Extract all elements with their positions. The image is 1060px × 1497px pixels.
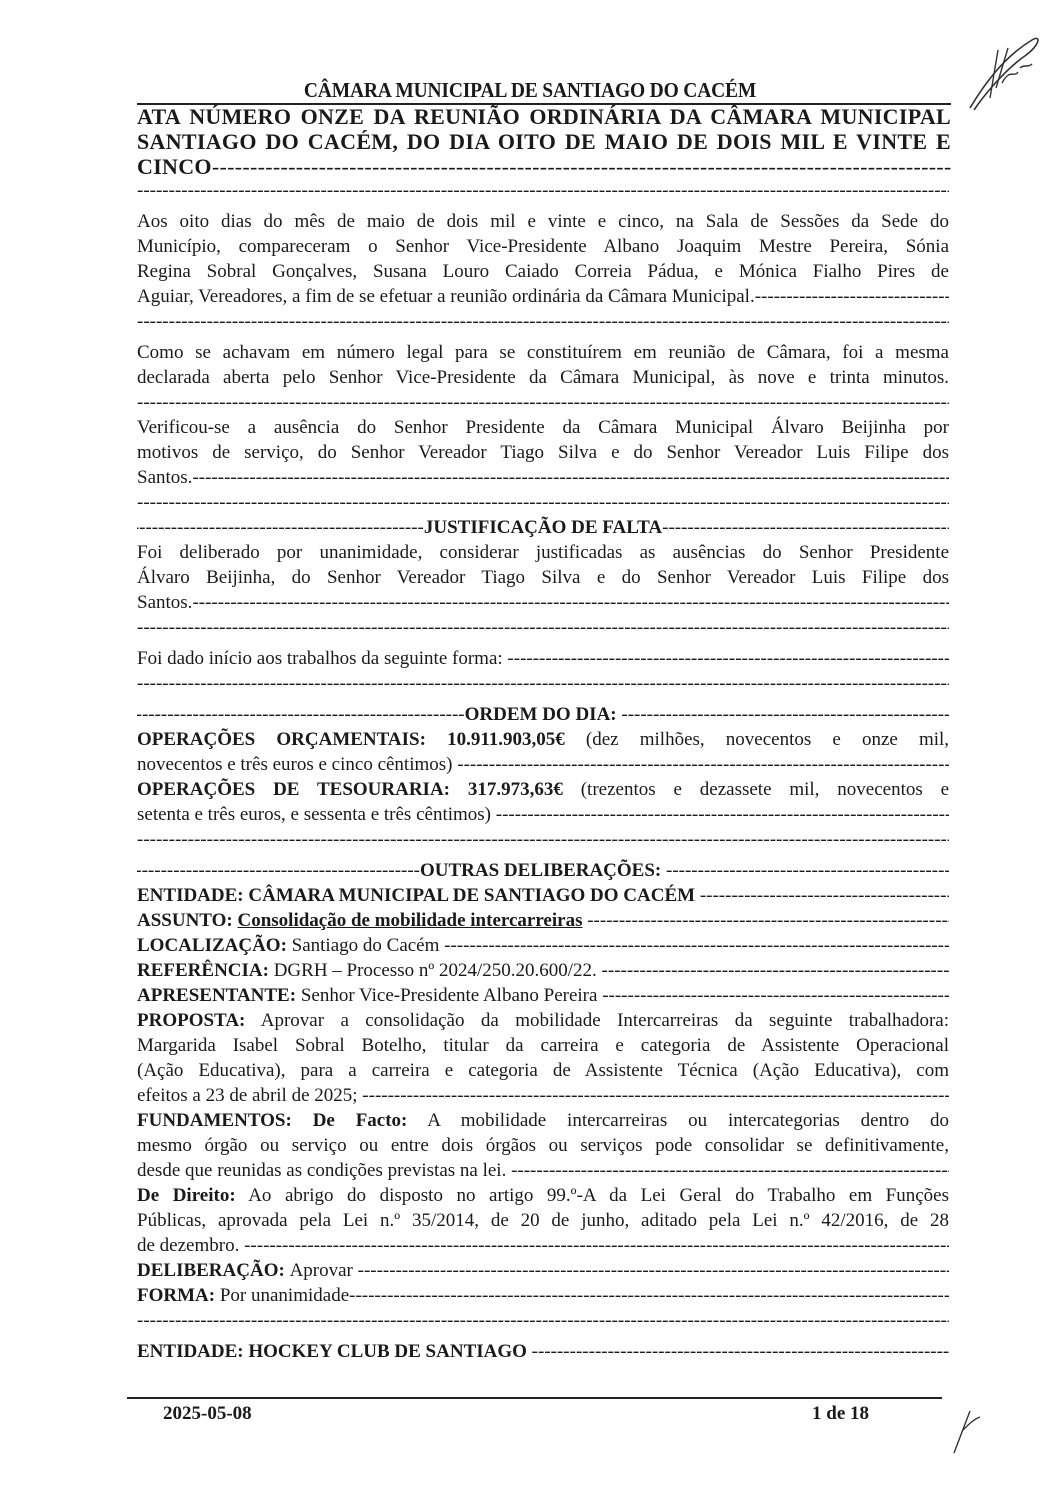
dash-line: ----------------------------------------…: [137, 827, 949, 852]
budget-operations: OPERAÇÕES ORÇAMENTAIS: 10.911.903,05€ (d…: [137, 727, 949, 777]
dash-line: ----------------------------------------…: [137, 615, 949, 640]
page-number: 1 de 18: [812, 1403, 869, 1425]
ata-heading: ATA NÚMERO ONZE DA REUNIÃO ORDINÁRIA DA …: [137, 104, 951, 179]
dash-line: ----------------------------------------…: [137, 671, 949, 696]
ata-heading-line: SANTIAGO DO CACÉM, DO DIA OITO DE MAIO D…: [137, 129, 951, 154]
deliberation-item: ENTIDADE: CÂMARA MUNICIPAL DE SANTIAGO D…: [137, 883, 949, 1308]
deliberation-item: ENTIDADE: HOCKEY CLUB DE SANTIAGO ------…: [137, 1339, 949, 1364]
subject-link: Consolidação de mobilidade intercarreira…: [237, 908, 582, 933]
section-heading-justification: ----------------------------------------…: [137, 515, 949, 540]
footer-date: 2025-05-08: [163, 1403, 252, 1425]
dash-line: ----------------------------------------…: [137, 1308, 949, 1333]
initials-icon: [950, 1405, 990, 1455]
attendance-paragraph: Aos oito dias do mês de maio de dois mil…: [137, 209, 949, 309]
page-title: CÂMARA MUNICIPAL DE SANTIAGO DO CACÉM: [37, 78, 1023, 103]
section-heading-deliberations: ----------------------------------------…: [137, 858, 949, 883]
dash-line: ----------------------------------------…: [137, 309, 949, 334]
absence-paragraph: Verificou-se a ausência do Senhor Presid…: [137, 415, 949, 490]
dash-line: ----------------------------------------…: [137, 178, 949, 203]
dash-line: ----------------------------------------…: [137, 490, 949, 515]
section-heading-agenda: ----------------------------------------…: [137, 702, 949, 727]
document-body: ----------------------------------------…: [137, 178, 949, 1364]
footer-rule: [127, 1397, 942, 1399]
start-text: Foi dado início aos trabalhos da seguint…: [137, 646, 949, 671]
justification-paragraph: Foi deliberado por unanimidade, consider…: [137, 540, 949, 615]
ata-heading-line: CINCO ----------------------------------…: [137, 154, 951, 179]
dash-line: ----------------------------------------…: [137, 390, 949, 415]
treasury-operations: OPERAÇÕES DE TESOURARIA: 317.973,63€ (tr…: [137, 777, 949, 827]
ata-heading-line: ATA NÚMERO ONZE DA REUNIÃO ORDINÁRIA DA …: [137, 104, 951, 129]
signature-icon: [962, 28, 1052, 118]
opening-paragraph: Como se achavam em número legal para se …: [137, 340, 949, 390]
